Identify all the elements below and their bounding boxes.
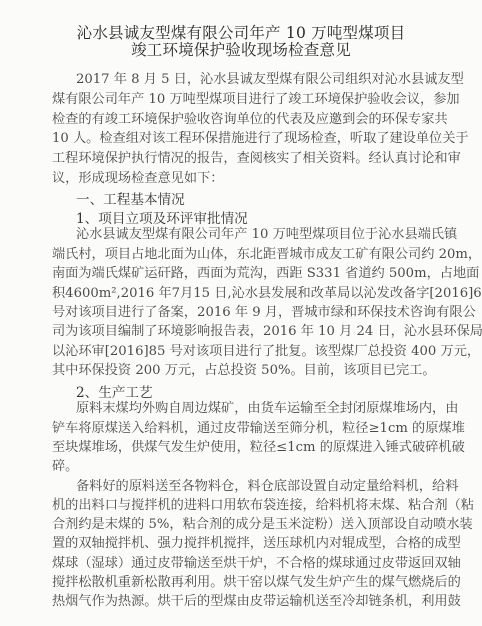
body-line: 沁水县诚友型煤有限公司年产 10 万吨型煤项目位于沁水县端氏镇 — [76, 226, 414, 243]
body-line: 其中环保投资 200 万元，占总投资 50%。目前，该项目已完工。 — [52, 362, 414, 379]
subsection2-heading: 2、生产工艺 — [76, 381, 153, 401]
body-line: 搅拌松散机重新松散再利用。烘干窑以煤气发生炉产生的煤气燃烧后的 — [52, 574, 414, 591]
intro-line: 议，形成现场检查意见如下： — [52, 170, 414, 187]
intro-line: 工程环境保护执行情况的报告，查阅核实了相关资料。经认真讨论和审 — [52, 150, 414, 167]
subsection1-heading: 1、项目立项及环评审批情况 — [76, 207, 248, 227]
body-line: 碎。 — [52, 458, 414, 475]
body-line: 积4600m²,2016 年7月15 日,沁水县发展和改革局以沁发改备字[201… — [52, 285, 414, 302]
body-line: 南面为端氏煤矿运矸路，西面为荒沟，西距 S331 省道约 500m，占地面 — [52, 265, 414, 282]
intro-line: 煤有限公司年产 10 万吨型煤项目进行了竣工环境保护验收会议，参加 — [52, 91, 414, 108]
body-line: 以沁环审[2016]85 号对该项目进行了批复。该型煤厂总投资 400 万元， — [52, 343, 414, 360]
document-page: 沁水县诚友型煤有限公司年产 10 万吨型煤项目 竣工环境保护验收现场检查意见 2… — [0, 0, 482, 626]
intro-line: 2017 年 8 月 5 日，沁水县诚友型煤有限公司组织对沁水县诚友型 — [76, 71, 414, 88]
body-line: 司为该项目编制了环境影响报告表，2016 年 10 月 24 日，沁水县环保局 — [52, 323, 414, 340]
document-title-line2: 竣工环境保护验收现场检查意见 — [0, 38, 482, 60]
body-line: 号对该项目进行了备案，2016 年 9 月，晋城市绿和环保技术咨询有限公 — [52, 304, 414, 321]
intro-line: 10 人。检查组对该工程环保措施进行了现场检查，听取了建设单位关于 — [52, 130, 414, 147]
body-line: 原料末煤均外购自周边煤矿，由货车运输至全封闭原煤堆场内，由 — [76, 400, 414, 417]
intro-line: 检查的有竣工环境保护验收咨询单位的代表及应邀到会的环保专家共 — [52, 111, 414, 128]
body-line: 热烟气作为热源。烘干后的型煤由皮带运输机送至冷却链条机，利用鼓 — [52, 593, 414, 610]
body-line: 端氏村，项目占地北面为山体，东北距晋城市成友工矿有限公司约 20m， — [52, 246, 414, 263]
body-line: 合剂约是末煤的 5%，粘合剂的成分是玉米淀粉）送入顶部设自动喷水装 — [52, 516, 414, 533]
body-line: 机的出料口与搅拌机的进料口用软布袋连接，给料机将末煤、粘合剂（粘 — [52, 497, 414, 514]
body-line: 煤球（湿球）通过皮带输送至烘干炉，不合格的煤球通过皮带返回双轴 — [52, 555, 414, 572]
body-line: 至块煤堆场，供煤气发生炉使用，粒径≤1cm 的原煤进入锤式破碎机破 — [52, 439, 414, 456]
body-line: 铲车将原煤送入给料机，通过皮带输送至筛分机，粒径≥1cm 的原煤堆 — [52, 420, 414, 437]
body-line: 置的双轴搅拌机、强力搅拌机搅拌，送压球机内对辊成型，合格的成型 — [52, 535, 414, 552]
section1-heading: 一、工程基本情况 — [76, 188, 185, 208]
body-line: 备料好的原料送至各物料仓，料仓底部设置自动定量给料机，给料 — [76, 478, 414, 495]
